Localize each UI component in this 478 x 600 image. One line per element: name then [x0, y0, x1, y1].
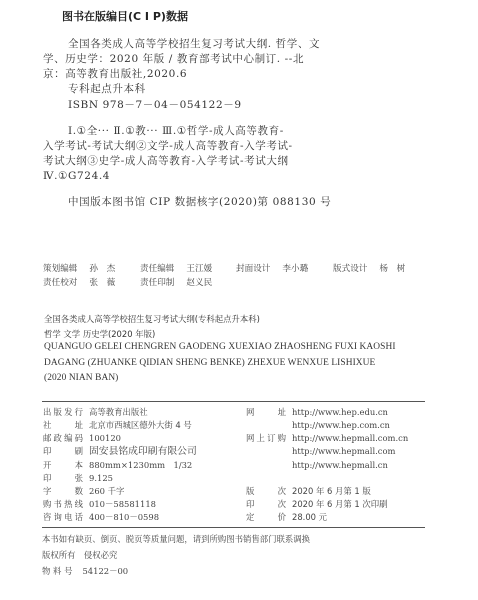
cip-line: Ⅰ.①全··· Ⅱ.①教··· Ⅲ.①哲学-成人高等教育-	[68, 125, 284, 137]
pub-label: 出版发行	[43, 407, 83, 418]
cip-line: 专科起点升本科	[68, 83, 146, 95]
pub-row-edition: 版 次2020 年 6 月第 1 版	[246, 486, 371, 497]
pub-value: 010－58581118	[89, 499, 156, 510]
pub-label: 社 址	[43, 420, 83, 431]
pub-label: 邮政编码	[43, 433, 83, 444]
material-number-label: 物 料 号	[42, 566, 72, 576]
pub-label: 定 价	[246, 512, 286, 523]
divider-top	[42, 401, 425, 402]
cip-title: 图书在版编目(C I P)数据	[62, 8, 188, 24]
pub-row-word-count: 字 数260 千字	[43, 486, 124, 497]
pub-row-website: 网 址http://www.hep.edu.cn	[246, 407, 388, 418]
cip-verification: 中国版本图书馆 CIP 数据核字(2020)第 088130 号	[68, 196, 331, 208]
divider-bottom	[42, 527, 425, 528]
pub-label: 印 张	[43, 473, 83, 484]
pub-label: 字 数	[43, 486, 83, 497]
credit-planning-editor: 策划编辑孙 杰	[43, 262, 115, 274]
pub-value: 28.00 元	[292, 512, 327, 523]
pub-value: 固安县铭成印刷有限公司	[89, 446, 197, 457]
book-title-pinyin: QUANGUO GELEI CHENGREN GAODENG XUEXIAO Z…	[44, 342, 396, 352]
credit-value: 赵义民	[186, 276, 212, 288]
pub-label: 网 址	[246, 407, 286, 418]
credit-label: 版式设计	[333, 262, 367, 274]
credit-responsible-editor: 责任编辑王江媛	[140, 262, 212, 274]
pub-label: 咨询电话	[43, 512, 83, 523]
cip-isbn: ISBN 978－7－04－054122－9	[68, 99, 242, 111]
credit-layout-design: 版式设计杨 树	[333, 262, 405, 274]
credit-print-supervisor: 责任印制赵义民	[140, 276, 212, 288]
book-title-zh: 全国各类成人高等学校招生复习考试大纲(专科起点升本科)	[44, 313, 260, 325]
pub-label: 开 本	[43, 460, 83, 471]
cip-line: 学、历史学：2020 年版 / 教育部考试中心制订. --北	[43, 53, 304, 65]
pub-value: 400－810－0598	[89, 512, 159, 523]
cip-line: 入学考试-考试大纲②文学-成人高等教育-入学考试-	[43, 140, 293, 152]
pub-row-purchase-hotline: 购书热线010－58581118	[43, 499, 156, 510]
website-link[interactable]: http://www.hepmall.com.cn	[292, 433, 408, 444]
pub-row-address: 社 址北京市西城区德外大街 4 号	[43, 420, 192, 431]
pub-row-format: 开 本880mm×1230mm 1/32	[43, 460, 192, 471]
material-number: 物 料 号54122－00	[42, 565, 128, 577]
credit-value: 孙 杰	[89, 262, 115, 274]
pub-row-publisher: 出版发行高等教育出版社	[43, 407, 148, 418]
cip-line: Ⅳ.①G724.4	[43, 170, 110, 182]
website-link[interactable]: http://www.hepmall.com	[292, 446, 395, 457]
website-link[interactable]: http://www.hep.com.cn	[292, 420, 390, 431]
pub-row-printer: 印 刷固安县铭成印刷有限公司	[43, 446, 197, 457]
book-title-pinyin: DAGANG (ZHUANKE QIDIAN SHENG BENKE) ZHEX…	[44, 358, 375, 368]
pub-label: 网上订购	[246, 433, 286, 444]
pub-value: 9.125	[89, 473, 113, 484]
pub-value: 100120	[89, 433, 121, 444]
credit-label: 策划编辑	[43, 262, 77, 274]
cip-line: 考试大纲③史学-成人高等教育-入学考试-考试大纲	[43, 155, 289, 167]
credit-value: 张 薇	[89, 276, 115, 288]
pub-value: 北京市西城区德外大街 4 号	[89, 420, 192, 431]
pub-row-impression: 印 次2020 年 6 月第 1 次印刷	[246, 499, 388, 510]
quality-notice: 本书如有缺页、倒页、脱页等质量问题，请到所购图书销售部门联系调换	[42, 533, 310, 545]
credit-value: 李小璐	[282, 262, 308, 274]
pub-value: 2020 年 6 月第 1 版	[292, 486, 371, 497]
pub-row-price: 定 价28.00 元	[246, 512, 327, 523]
website-link[interactable]: http://www.hep.edu.cn	[292, 407, 388, 418]
pub-label: 印 刷	[43, 446, 83, 457]
pub-label: 版 次	[246, 486, 286, 497]
credit-label: 责任编辑	[140, 262, 174, 274]
credit-proofreader: 责任校对张 薇	[43, 276, 115, 288]
pub-row-postcode: 邮政编码100120	[43, 433, 121, 444]
book-title-pinyin: (2020 NIAN BAN)	[44, 373, 118, 383]
material-number-value: 54122－00	[82, 566, 128, 576]
pub-value: 260 千字	[89, 486, 124, 497]
pub-value: 高等教育出版社	[89, 407, 148, 418]
credit-value: 王江媛	[186, 262, 212, 274]
pub-value: 880mm×1230mm 1/32	[89, 460, 192, 471]
pub-label: 印 次	[246, 499, 286, 510]
pub-row-sheets: 印 张9.125	[43, 473, 113, 484]
book-subtitle-zh: 哲学 文学 历史学(2020 年版)	[44, 328, 155, 340]
website-link[interactable]: http://www.hepmall.cn	[292, 460, 388, 471]
pub-row-online-order: 网上订购http://www.hepmall.com.cn	[246, 433, 408, 444]
credit-value: 杨 树	[379, 262, 405, 274]
copyright-notice: 版权所有 侵权必究	[42, 549, 117, 561]
pub-row-online-order: http://www.hepmall.com	[292, 446, 395, 457]
credit-label: 责任校对	[43, 276, 77, 288]
credit-cover-design: 封面设计李小璐	[236, 262, 308, 274]
pub-row-website: http://www.hep.com.cn	[292, 420, 390, 431]
pub-row-inquiry-phone: 咨询电话400－810－0598	[43, 512, 159, 523]
credit-label: 封面设计	[236, 262, 270, 274]
pub-label: 购书热线	[43, 499, 83, 510]
cip-line: 全国各类成人高等学校招生复习考试大纲. 哲学、文	[68, 38, 320, 50]
cip-line: 京：高等教育出版社,2020.6	[43, 68, 187, 80]
credit-label: 责任印制	[140, 276, 174, 288]
pub-value: 2020 年 6 月第 1 次印刷	[292, 499, 388, 510]
pub-row-online-order: http://www.hepmall.cn	[292, 460, 388, 471]
